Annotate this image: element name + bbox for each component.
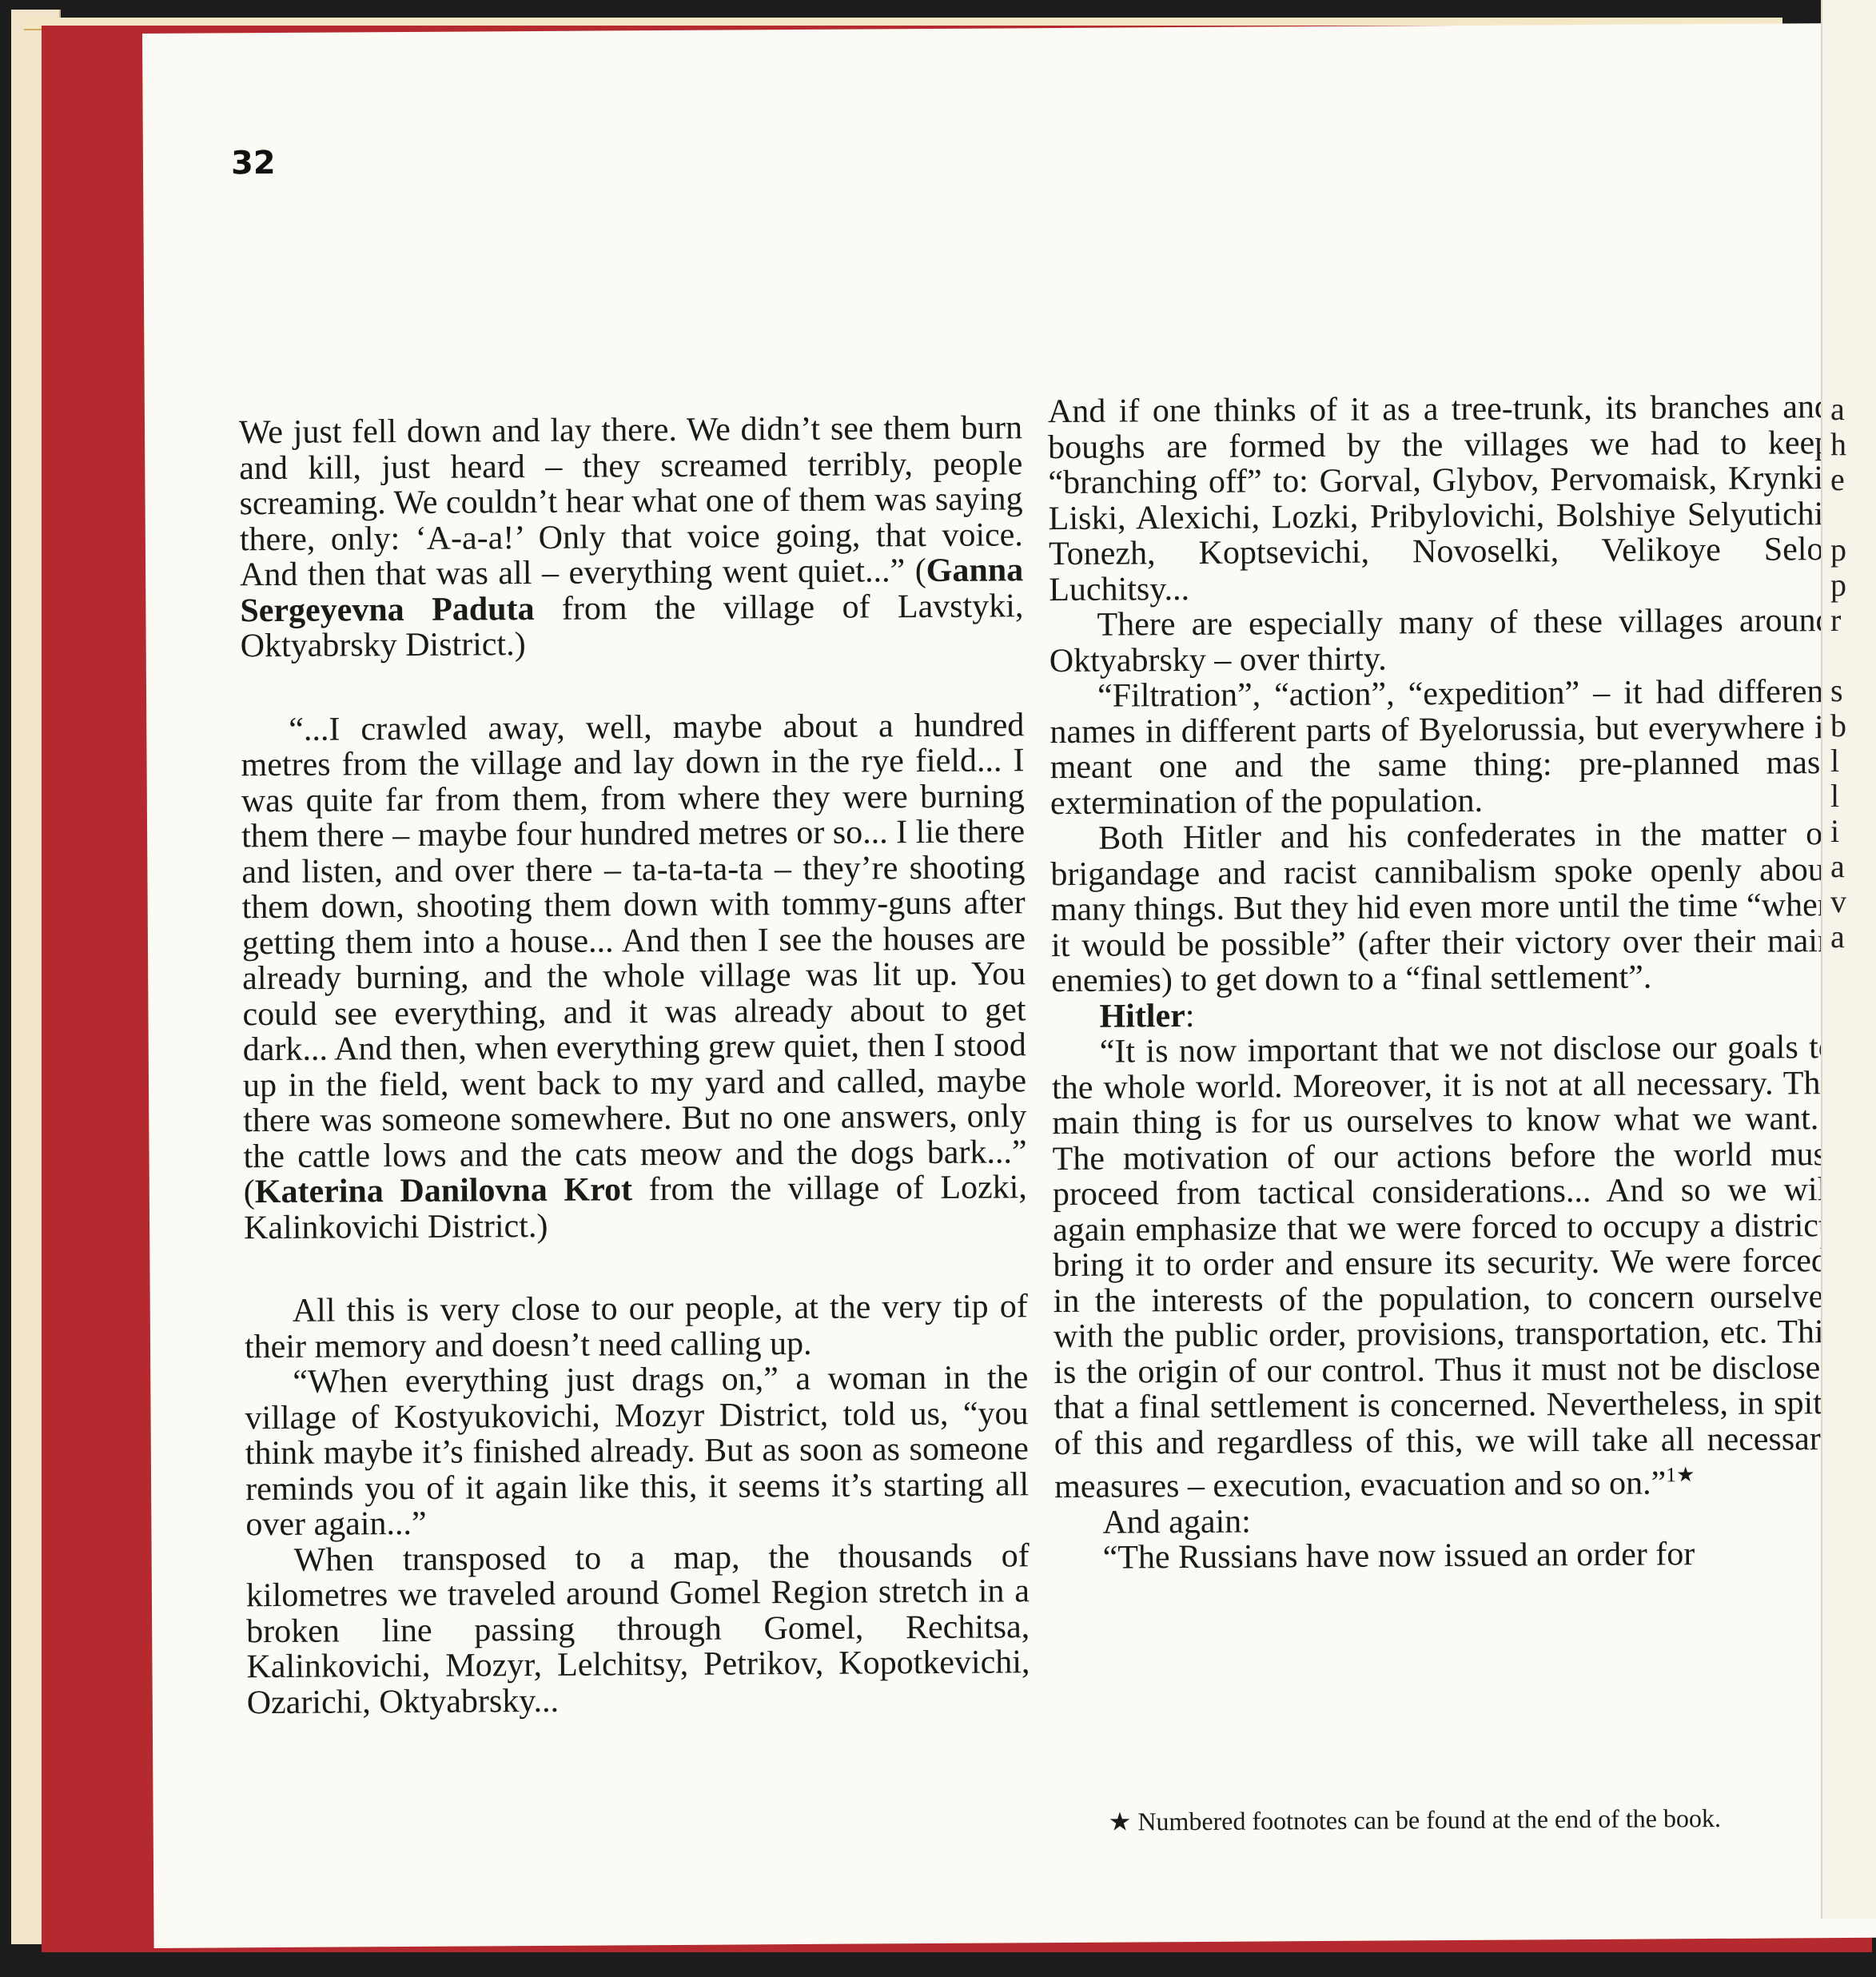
- paragraph-krot: “...I crawled away, well, maybe about a …: [241, 707, 1027, 1246]
- next-page-letter: v: [1830, 884, 1846, 919]
- next-page-letter: [1830, 497, 1846, 532]
- right-column: And if one thinks of it as a tree-trunk,…: [1048, 389, 1838, 1576]
- next-page-letter: l: [1830, 743, 1846, 779]
- next-page-letters: ahe ppr sblliava: [1830, 392, 1846, 955]
- next-page-letter: a: [1830, 392, 1846, 427]
- paragraph-map: When transposed to a map, the thousands …: [246, 1538, 1030, 1720]
- next-page-letter: b: [1830, 708, 1846, 743]
- paragraph-kostyukovichi: “When everything just drags on,” a woman…: [245, 1360, 1029, 1542]
- next-page-letter: p: [1830, 568, 1846, 603]
- next-page-edge: ahe ppr sblliava: [1821, 0, 1876, 1919]
- paragraph-tree-trunk: And if one thinks of it as a tree-trunk,…: [1048, 389, 1833, 608]
- footnote-ref: 1★: [1666, 1463, 1695, 1486]
- next-page-letter: [1830, 638, 1846, 673]
- page-number: 32: [231, 145, 276, 181]
- next-page-letter: i: [1830, 814, 1846, 849]
- paragraph-oktyabrsky: There are especially many of these villa…: [1049, 603, 1833, 679]
- next-page-letter: h: [1830, 427, 1846, 462]
- speaker-label: Hitler:: [1051, 994, 1834, 1034]
- paragraph-hitler-confederates: Both Hitler and his confederates in the …: [1050, 816, 1834, 998]
- paragraph-russians: “The Russians have now issued an order f…: [1055, 1536, 1838, 1576]
- paragraph-filtration: “Filtration”, “action”, “expedition” – i…: [1050, 674, 1834, 821]
- footnote: ★ Numbered footnotes can be found at the…: [1109, 1803, 1721, 1837]
- paragraph-memory: All this is very close to our people, at…: [245, 1289, 1029, 1365]
- next-page-letter: p: [1830, 532, 1846, 568]
- book-page: 32 We just fell down and lay there. We d…: [142, 23, 1876, 1948]
- next-page-letter: a: [1830, 849, 1846, 884]
- next-page-letter: r: [1830, 603, 1846, 638]
- next-page-letter: e: [1830, 462, 1846, 497]
- left-column: We just fell down and lay there. We didn…: [239, 410, 1030, 1720]
- hitler-quote: “It is now important that we not disclos…: [1052, 1030, 1838, 1505]
- next-page-letter: l: [1830, 779, 1846, 814]
- paragraph-paduta: We just fell down and lay there. We didn…: [239, 410, 1024, 664]
- next-page-letter: s: [1830, 673, 1846, 708]
- next-page-letter: a: [1830, 919, 1846, 955]
- paragraph-and-again: And again:: [1054, 1501, 1838, 1541]
